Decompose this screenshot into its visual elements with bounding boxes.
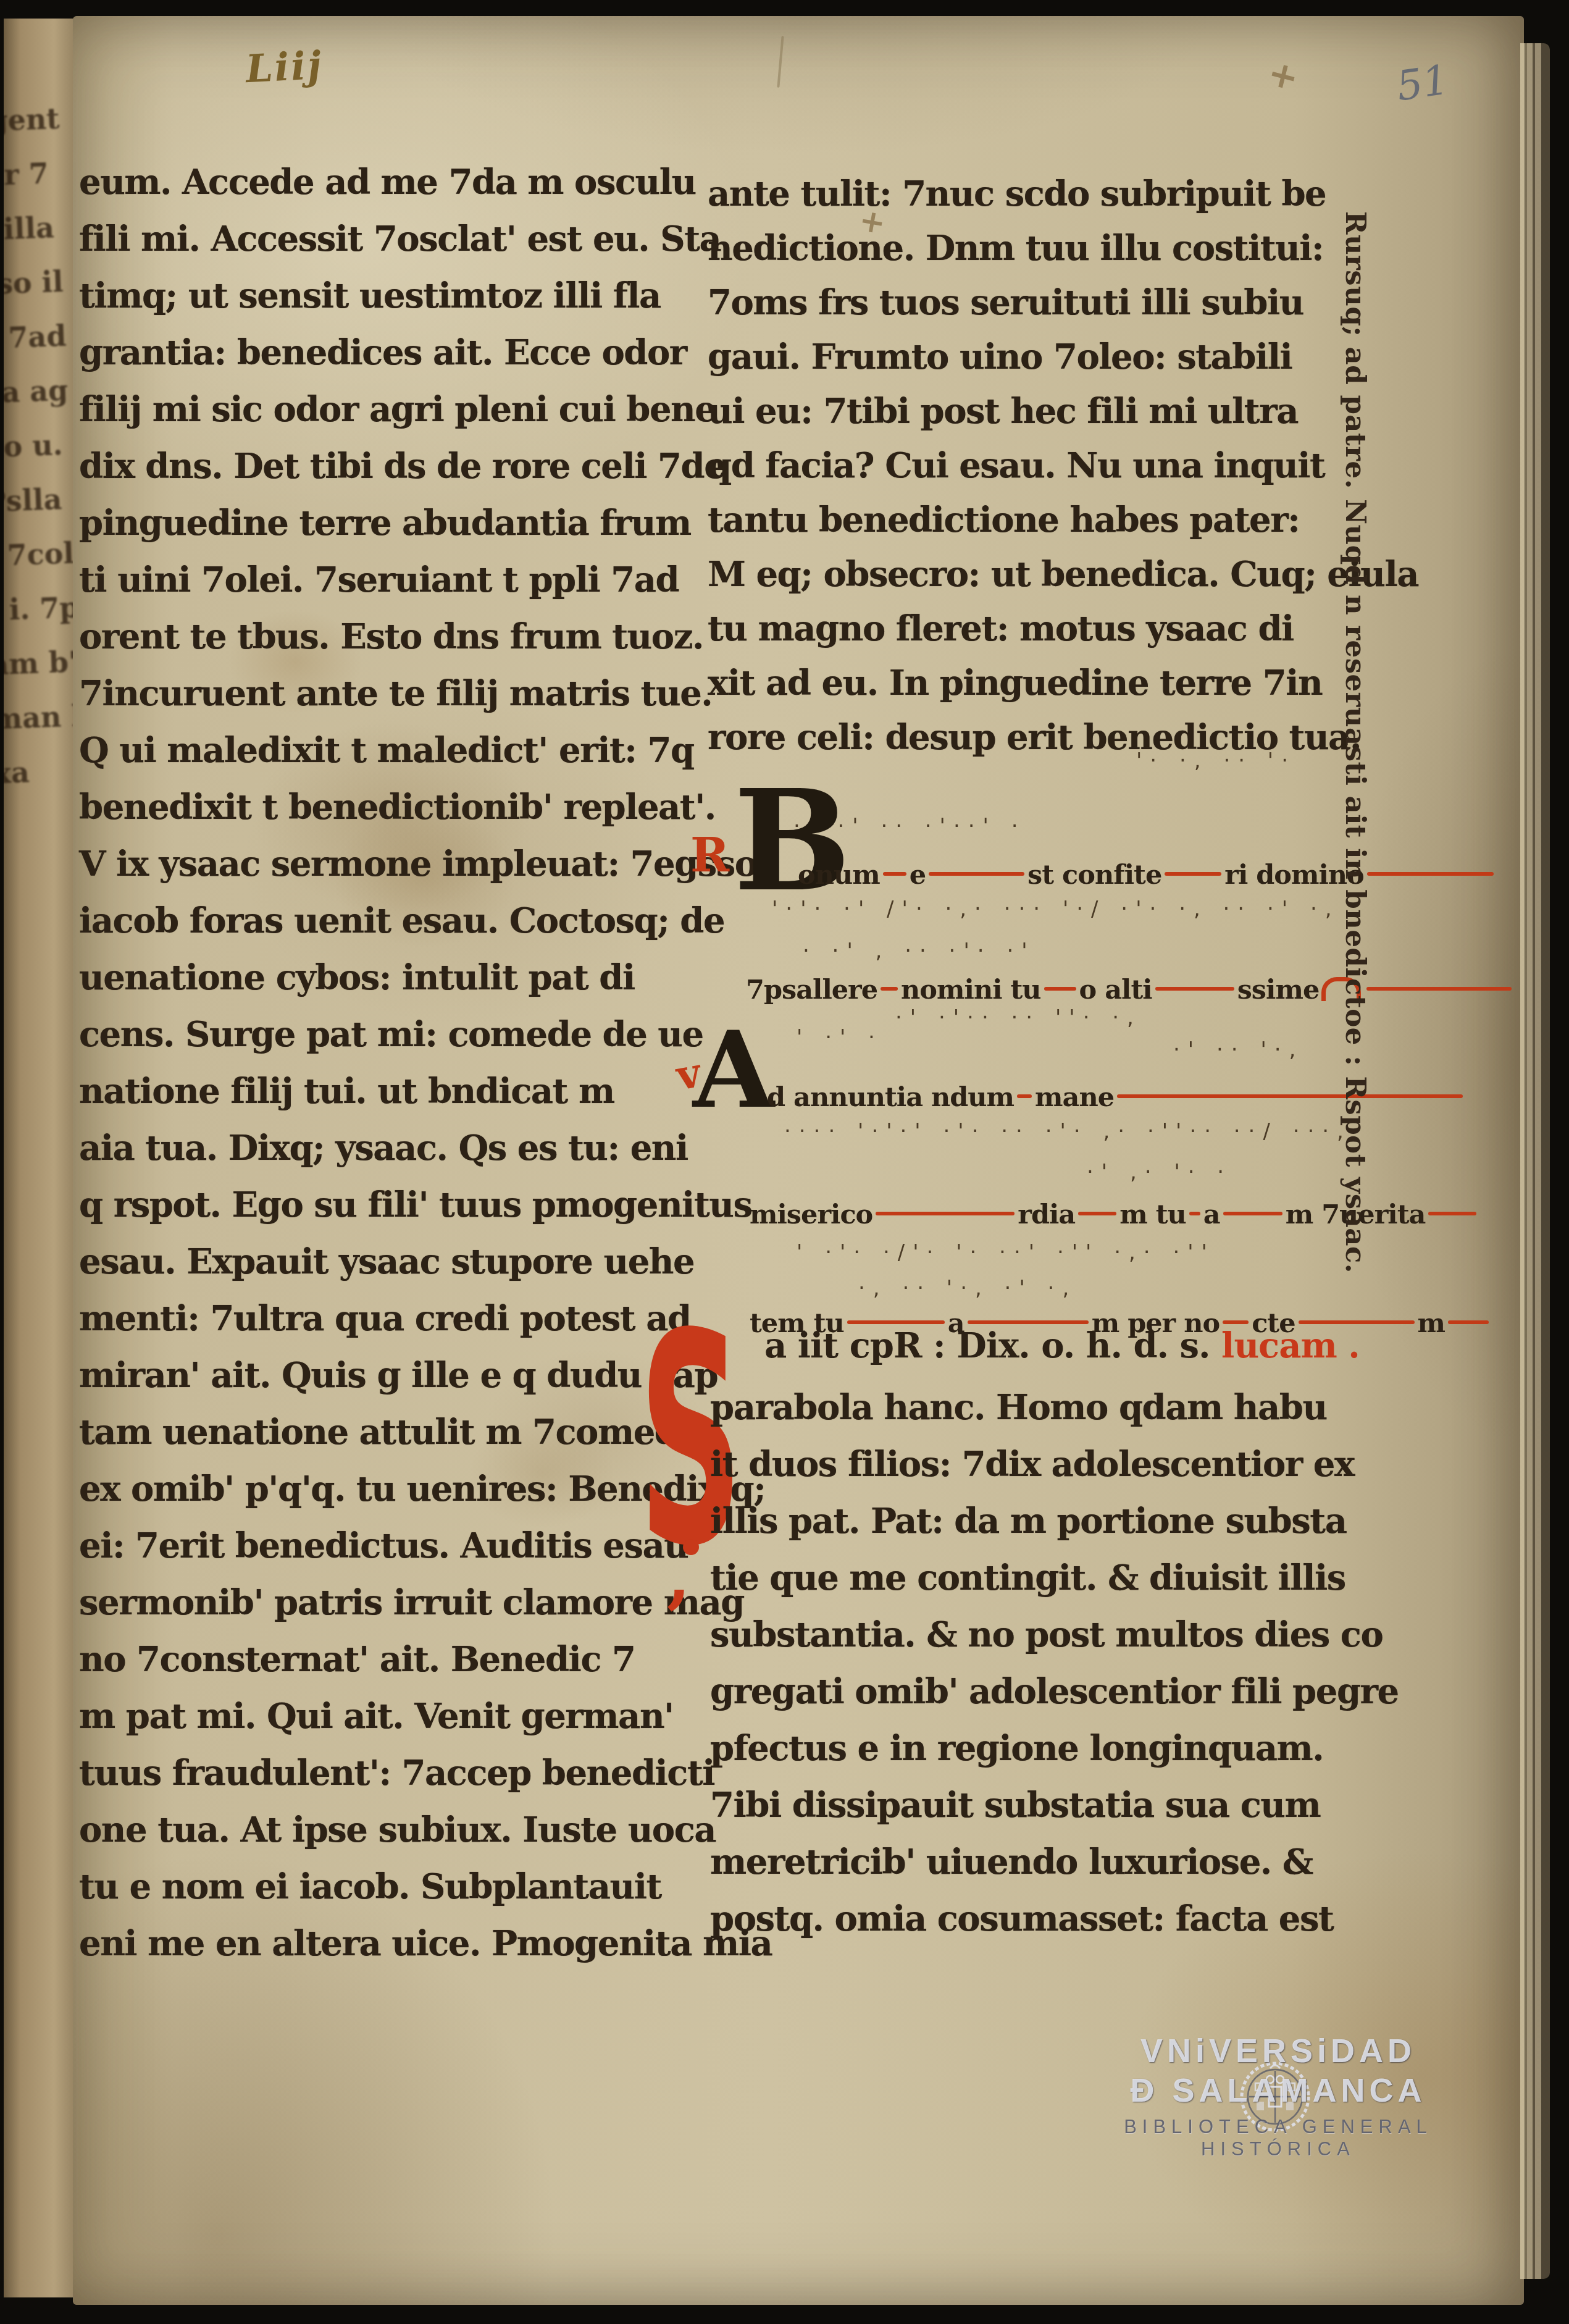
- text-line: one tua. At ipse subiux. Iuste uoca: [79, 1810, 678, 1866]
- text-line: illis pat. Pat: da m portione substa: [710, 1501, 1303, 1558]
- margin-note: Rursuq; ad patre. Nuqd n reseruasti ait …: [1329, 211, 1372, 1184]
- responsory-lyric-line: 7psallerenomini tuo altissime: [746, 975, 1515, 1005]
- watermark-line-1: VNiVERSiDAD: [1087, 2032, 1470, 2070]
- melisma-extender-line: [1428, 1212, 1476, 1215]
- neume-row: ' ·' ·: [797, 1025, 883, 1050]
- lyric-syllable: nomini: [901, 975, 1002, 1005]
- lyric-syllable: d annuntia: [767, 1082, 923, 1113]
- lyric-syllable: miserico: [750, 1199, 872, 1230]
- melisma-extender-line: [1367, 872, 1494, 876]
- text-line: ex omib' p'q'q. tu uenires: Benedixiq;: [79, 1469, 678, 1525]
- text-line: xit ad eu. In pinguedine terre 7in: [708, 656, 1294, 710]
- melisma-extender-line: [1189, 1212, 1200, 1215]
- verse-initial: A: [693, 1018, 774, 1123]
- watermark-line-2: Ð SALAMANCA: [1087, 2071, 1470, 2110]
- library-watermark: VNiVERSiDAD Ð SALAMANCA BIBLIOTECA GENER…: [1087, 2032, 1470, 2160]
- text-line: dix dns. Det tibi ds de rore celi 7de: [79, 446, 678, 503]
- neume-row: ·' ·· '·,: [1173, 1038, 1303, 1062]
- melisma-extender-line: [929, 872, 1024, 876]
- gospel-incipit-black: a iit cpR : Dix. o. h. d. s.: [764, 1325, 1210, 1366]
- lyric-syllable: e: [910, 860, 926, 891]
- text-line: nedictione. Dnm tuu illu costitui:: [708, 221, 1294, 275]
- text-line: tam uenatione attulit m 7comedi: [79, 1412, 678, 1469]
- text-line: natione filij tui. ut bndicat m: [79, 1071, 678, 1128]
- text-line: gregati omib' adolescentior fili pegre: [710, 1671, 1303, 1728]
- text-line: aia tua. Dixq; ysaac. Qs es tu: eni: [79, 1128, 678, 1185]
- text-line: pinguedine terre abudantia frum: [79, 503, 678, 560]
- text-line: orent te tbus. Esto dns frum tuoz.: [79, 616, 678, 673]
- neume-row: '· ·, ·· '·: [1136, 749, 1296, 773]
- lyric-syllable: 7psallere: [746, 975, 877, 1005]
- text-line: V ix ysaac sermone impleuat: 7egsso: [79, 844, 678, 900]
- initial-flourish-comma: ,: [667, 1537, 690, 1616]
- lyric-syllable: m: [1418, 1308, 1446, 1339]
- melisma-extender-line: [1223, 1320, 1249, 1324]
- neume-row: ·' ·'·· ·· ''· ·,: [895, 1005, 1142, 1030]
- text-line: tu e nom ei iacob. Subplantauit: [79, 1866, 678, 1923]
- text-line: timq; ut sensit uestimtoz illi fla: [79, 275, 678, 332]
- text-line: ei: 7erit benedictus. Auditis esau: [79, 1525, 678, 1582]
- melisma-extender-line: [1223, 1212, 1282, 1215]
- gospel-incipit: a iit cpR : Dix. o. h. d. s. lucam .: [764, 1325, 1360, 1382]
- text-line: 7incuruent ante te filij matris tue.: [79, 673, 678, 730]
- text-line: tantu benedictione habes pater:: [708, 493, 1294, 547]
- gospel-incipit-red: lucam .: [1221, 1325, 1360, 1366]
- neume-row: ·' ,· '· ·: [1087, 1160, 1232, 1185]
- left-column: eum. Accede ad me 7da m osculufili mi. A…: [79, 162, 678, 1980]
- lyric-syllable: o alti: [1079, 975, 1152, 1005]
- lyric-syllable: tu: [1002, 975, 1041, 1005]
- melisma-extender-line: [883, 872, 906, 876]
- text-line: no 7consternat' ait. Benedic 7: [79, 1639, 678, 1696]
- melisma-extender-line: [1366, 987, 1512, 991]
- manuscript-photo: ygent bir 7a illa qso ill' 7ad ua agno u…: [0, 0, 1569, 2324]
- text-line: pfectus e in regione longinquam.: [710, 1728, 1303, 1785]
- text-line: esau. Expauit ysaac stupore uehe: [79, 1241, 678, 1298]
- melisma-extender-line: [1448, 1320, 1489, 1324]
- text-line: postq. omia cosumasset: facta est: [710, 1898, 1303, 1955]
- melisma-extender-line: [1299, 1320, 1415, 1324]
- text-line: gaui. Frumto uino 7oleo: stabili: [708, 330, 1294, 384]
- text-line: fili mi. Accessit 7osclat' est eu. Sta: [79, 219, 678, 275]
- melisma-extender-line: [1044, 987, 1076, 991]
- responsory-rubric-mark: R: [690, 828, 729, 883]
- melisma-extender-line: [881, 987, 898, 991]
- gospel-column: parabola hanc. Homo qdam habuit duos fil…: [710, 1387, 1303, 1955]
- text-line: grantia: benedices ait. Ecce odor: [79, 332, 678, 389]
- melisma-extender-line: [1165, 872, 1221, 876]
- text-line: menti: 7ultra qua credi potest ad: [79, 1298, 678, 1355]
- text-line: tu magno fleret: motus ysaac di: [708, 602, 1294, 656]
- responsory-lyric-line: onumest confiteri domino: [798, 860, 1497, 891]
- text-line: eni me en altera uice. Pmogenita mia: [79, 1923, 678, 1980]
- melisma-extender-line: [1117, 1094, 1463, 1098]
- text-line: ti uini 7olei. 7seruiant t ppli 7ad: [79, 560, 678, 616]
- page-number: 51: [1394, 56, 1452, 111]
- melisma-extender-line: [876, 1212, 1015, 1215]
- text-line: miran' ait. Quis g ille e q dudu cap: [79, 1355, 678, 1412]
- text-line: it duos filios: 7dix adolescentior ex: [710, 1444, 1303, 1501]
- text-line: 7ibi dissipauit substatia sua cum: [710, 1785, 1303, 1842]
- lyric-syllable: ssime: [1237, 975, 1320, 1005]
- text-line: tuus fraudulent': 7accep benedicti: [79, 1753, 678, 1810]
- text-line: filij mi sic odor agri pleni cui bene: [79, 389, 678, 446]
- lyric-syllable: m tu: [1119, 1199, 1186, 1230]
- melisma-extender-line: [1155, 987, 1234, 991]
- text-line: uenatione cybos: intulit pat di: [79, 957, 678, 1014]
- text-line: ui eu: 7tibi post hec fili mi ultra: [708, 384, 1294, 438]
- lyric-syllable: mane: [1035, 1082, 1114, 1113]
- text-line: ante tulit: 7nuc scdo subripuit be: [708, 167, 1294, 221]
- text-line: iacob foras uenit esau. Coctosq; de: [79, 900, 678, 957]
- melisma-extender-line: [968, 1320, 1089, 1324]
- text-line: Q ui maledixit t maledict' erit: 7q: [79, 730, 678, 787]
- text-line: eum. Accede ad me 7da m osculu: [79, 162, 678, 219]
- neume-row: · ·' , ·· ·'· ·': [803, 939, 1036, 963]
- lyric-syllable: onum: [798, 860, 880, 891]
- text-line: q rspot. Ego su fili' tuus pmogenitus: [79, 1185, 678, 1241]
- watermark-line-3: BIBLIOTECA GENERAL HISTÓRICA: [1087, 2116, 1470, 2160]
- text-line: M eq; obsecro: ut benedica. Cuq; eiula: [708, 547, 1294, 602]
- text-line: cens. Surge pat mi: comede de ue: [79, 1014, 678, 1071]
- text-line: meretricib' uiuendo luxuriose. &: [710, 1842, 1303, 1898]
- text-line: tie que me contingit. & diuisit illis: [710, 1558, 1303, 1614]
- melisma-extender-line: [847, 1320, 945, 1324]
- neume-row: '·'· ·' /'· ·,· ··· '·/ ·'· ·, ·· ·' ·,: [772, 897, 1340, 921]
- lyric-syllable: st confite: [1027, 860, 1161, 891]
- text-line: substantia. & no post multos dies co: [710, 1614, 1303, 1671]
- neume-row: ' ·'· ·/'· '· ··' ·'' ·,· ·'': [797, 1240, 1215, 1265]
- text-line: sermonib' patris irruit clamore mag: [79, 1582, 678, 1639]
- folio-mark: Liij: [245, 43, 324, 91]
- lyric-syllable: ndum: [923, 1082, 1014, 1113]
- right-column: ante tulit: 7nuc scdo subripuit benedict…: [708, 167, 1294, 765]
- text-line: m pat mi. Qui ait. Venit german': [79, 1696, 678, 1753]
- page-edges: [1520, 43, 1550, 2279]
- lyric-syllable: rdia: [1018, 1199, 1075, 1230]
- text-line: benedixit t benedictionib' repleat'.: [79, 787, 678, 844]
- melisma-extender-line: [1078, 1212, 1116, 1215]
- lyric-syllable: a: [1203, 1199, 1220, 1230]
- neume-row: ·, ·· '·, ·' ·,: [858, 1276, 1077, 1301]
- neume-row: ···· '·'·' ·'· ·· ·'· ,· ·''·· ··/ ···,: [784, 1119, 1352, 1144]
- text-line: 7oms frs tuos seruituti illi subiu: [708, 275, 1294, 330]
- melisma-extender-line: [1017, 1094, 1032, 1098]
- text-line: qd facia? Cui esau. Nu una inquit: [708, 438, 1294, 493]
- text-line: parabola hanc. Homo qdam habu: [710, 1387, 1303, 1444]
